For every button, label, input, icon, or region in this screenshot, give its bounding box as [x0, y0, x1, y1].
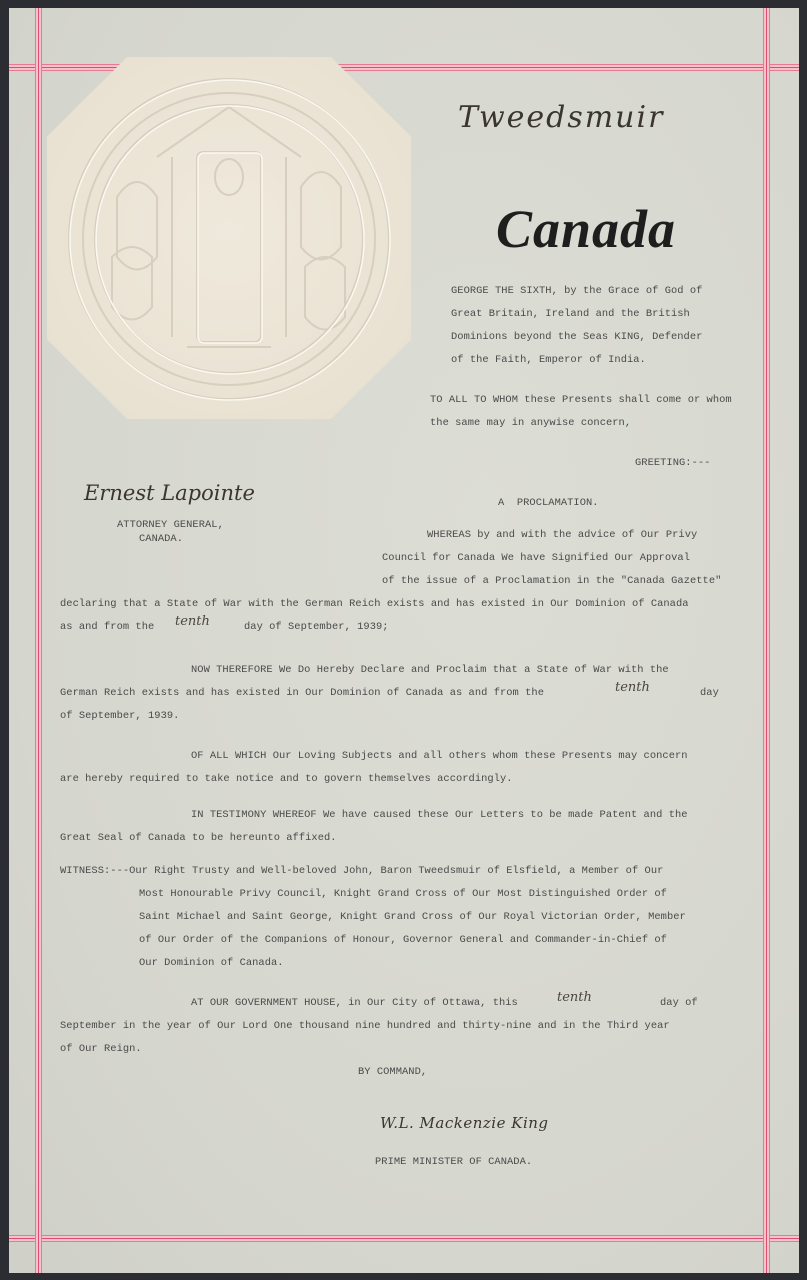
government-house-line: AT OUR GOVERNMENT HOUSE, in Our City of … — [191, 997, 518, 1009]
attorney-general-title: ATTORNEY GENERAL, — [117, 519, 224, 531]
witness-line: WITNESS:---Our Right Trusty and Well-bel… — [60, 865, 663, 877]
whereas-line: of the issue of a Proclamation in the "C… — [382, 575, 721, 587]
prime-minister-signature: W.L. Mackenzie King — [380, 1114, 549, 1132]
governor-general-signature: Tweedsmuir — [458, 100, 664, 135]
now-therefore-line: of September, 1939. — [60, 710, 179, 722]
government-house-line: September in the year of Our Lord One th… — [60, 1020, 670, 1032]
preamble-line: GEORGE THE SIXTH, by the Grace of God of — [451, 285, 702, 297]
bottom-border-rule — [9, 1235, 799, 1243]
witness-line: Our Dominion of Canada. — [139, 957, 284, 969]
government-house-line: of Our Reign. — [60, 1043, 142, 1055]
handwritten-date: tenth — [557, 990, 592, 1005]
handwritten-date: tenth — [175, 614, 210, 629]
whereas-line: day of September, 1939; — [244, 621, 389, 633]
attorney-general-title: CANADA. — [139, 533, 183, 545]
witness-line: Most Honourable Privy Council, Knight Gr… — [139, 888, 667, 900]
whereas-line: as and from the — [60, 621, 154, 633]
witness-line: of Our Order of the Companions of Honour… — [139, 934, 667, 946]
in-testimony-line: Great Seal of Canada to be hereunto affi… — [60, 832, 337, 844]
whereas-line: WHEREAS by and with the advice of Our Pr… — [427, 529, 697, 541]
in-testimony-line: IN TESTIMONY WHEREOF We have caused thes… — [191, 809, 688, 821]
witness-line: Saint Michael and Saint George, Knight G… — [139, 911, 686, 923]
whereas-line: declaring that a State of War with the G… — [60, 598, 689, 610]
preamble-line: of the Faith, Emperor of India. — [451, 354, 646, 366]
prime-minister-title: PRIME MINISTER OF CANADA. — [375, 1156, 532, 1168]
preamble-line: Dominions beyond the Seas KING, Defender — [451, 331, 702, 343]
document-title: Canada — [496, 198, 676, 260]
left-border-rule — [35, 8, 43, 1273]
address-line: TO ALL TO WHOM these Presents shall come… — [430, 394, 732, 406]
now-therefore-line: day — [700, 687, 719, 699]
great-seal-icon — [47, 57, 411, 419]
now-therefore-line: German Reich exists and has existed in O… — [60, 687, 544, 699]
of-all-which-line: OF ALL WHICH Our Loving Subjects and all… — [191, 750, 688, 762]
now-therefore-line: NOW THEREFORE We Do Hereby Declare and P… — [191, 664, 669, 676]
of-all-which-line: are hereby required to take notice and t… — [60, 773, 513, 785]
greeting: GREETING:--- — [635, 457, 710, 469]
government-house-line: day of — [660, 997, 698, 1009]
address-line: the same may in anywise concern, — [430, 417, 631, 429]
proclamation-page: Tweedsmuir Canada GEORGE THE SIXTH, by t… — [9, 8, 799, 1273]
by-command: BY COMMAND, — [358, 1066, 427, 1078]
preamble-line: Great Britain, Ireland and the British — [451, 308, 690, 320]
attorney-general-signature: Ernest Lapointe — [84, 481, 255, 505]
handwritten-date: tenth — [615, 680, 650, 695]
proclamation-heading: A PROCLAMATION. — [498, 497, 599, 509]
right-border-rule — [763, 8, 771, 1273]
whereas-line: Council for Canada We have Signified Our… — [382, 552, 690, 564]
